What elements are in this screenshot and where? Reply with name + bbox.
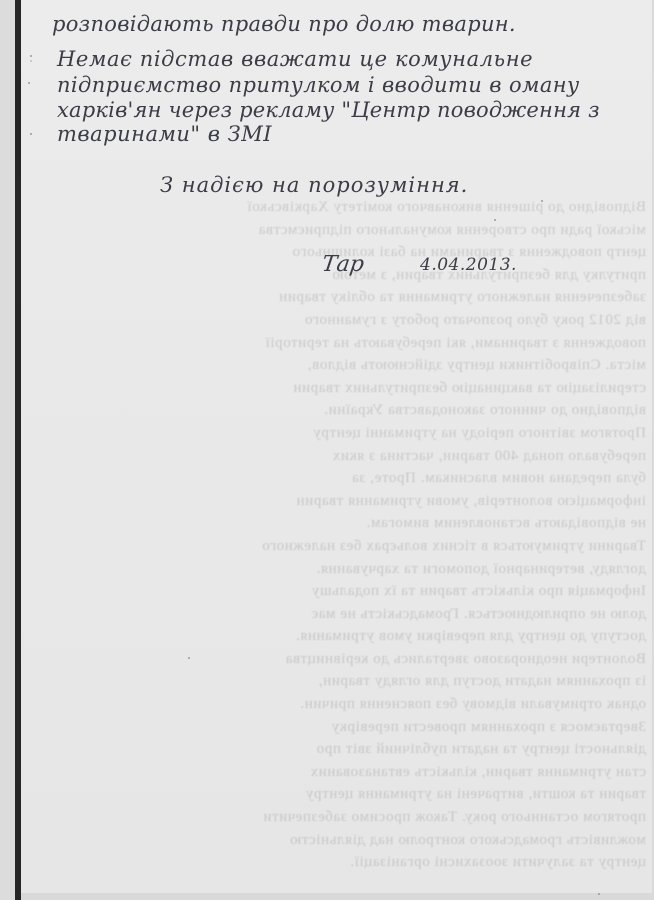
handwritten-line: тваринами" в ЗМІ — [57, 122, 272, 146]
bleed-through-line: Протягом звітного періоду на утриманні ц… — [34, 422, 646, 445]
scan-speck — [188, 657, 190, 659]
bleed-through-line: забезпечення належного утримання та облі… — [34, 286, 646, 309]
bleed-through-line: стерилізацію та вакцинацію безпритульних… — [34, 377, 646, 400]
bleed-through-line: тварин та кошти, витрачені на утримання … — [34, 783, 646, 806]
handwritten-line: харків'ян через рекламу "Центр поводженн… — [57, 98, 600, 122]
bleed-through-line: однак отримували відмову без пояснення п… — [34, 693, 646, 716]
scan-speck — [30, 60, 32, 62]
bleed-through-line: міста. Співробітники центру здійснюють в… — [34, 354, 646, 377]
bleed-through-line: догляду, ветеринарної допомоги та харчув… — [34, 558, 646, 581]
scan-speck — [494, 219, 496, 221]
bleed-through-line: поводження з тваринами, які перебувають … — [34, 332, 646, 355]
bleed-through-line: можливість громадського контролю над дія… — [34, 829, 646, 852]
bleed-through-line: міської ради про створення комунального … — [34, 219, 646, 242]
bleed-through-line: перебувало понад 400 тварин, частина з я… — [34, 445, 646, 468]
scan-speck — [541, 200, 543, 202]
bleed-through-line: Тварини утримуються в тісних вольєрах бе… — [34, 535, 646, 558]
bleed-through-line: долю не оприлюднюється. Громадськість не… — [34, 603, 646, 626]
bleed-through-line: Відповідно до рішення виконавчого коміте… — [34, 196, 646, 219]
handwritten-line: підприємство притулком і вводити в оману — [57, 73, 580, 97]
bleed-through-line: від 2012 року було розпочато роботу з гу… — [34, 309, 646, 332]
scan-speck — [30, 55, 32, 57]
scan-speck — [598, 893, 600, 895]
closing-phrase: З надією на порозуміння. — [160, 173, 468, 197]
bleed-through-line: була передана новим власникам. Проте, за — [34, 467, 646, 490]
bleed-through-line: із проханням надати доступ для огляду тв… — [34, 670, 646, 693]
paper-bottom-edge — [21, 893, 654, 900]
bleed-through-text: Відповідно до рішення виконавчого коміте… — [34, 196, 646, 874]
scan-speck — [30, 133, 32, 135]
scanner-margin — [0, 0, 15, 900]
bleed-through-line: не відповідають встановленим вимогам. — [34, 512, 646, 535]
bleed-through-line: Звертаємося з проханням провести перевір… — [34, 716, 646, 739]
bleed-through-line: інформацією волонтерів, умови утримання … — [34, 490, 646, 513]
scan-speck — [28, 82, 30, 84]
bleed-through-line: доступу до центру для перевірки умов утр… — [34, 625, 646, 648]
handwritten-line: Немає підстав вважати це комунальне — [57, 47, 533, 71]
bleed-through-line: стан утримання тварин, кількість евтаназ… — [34, 761, 646, 784]
bleed-through-line: Інформація про кількість тварин та їх по… — [34, 580, 646, 603]
date: 4.04.2013. — [420, 255, 517, 275]
bleed-through-line: діяльності центру та надати публічний зв… — [34, 738, 646, 761]
handwritten-line: розповідають правди про долю тварин. — [52, 12, 516, 36]
bleed-through-line: Волонтери неодноразово звертались до кер… — [34, 648, 646, 671]
bleed-through-line: протягом останнього року. Також просимо … — [34, 806, 646, 829]
bleed-through-line: відповідно до чинного законодавства Укра… — [34, 399, 646, 422]
signature: Тар — [320, 252, 365, 277]
scanned-page: Відповідно до рішення виконавчого коміте… — [0, 0, 654, 900]
bleed-through-line: центру та залучити зоозахисні організаці… — [34, 851, 646, 874]
